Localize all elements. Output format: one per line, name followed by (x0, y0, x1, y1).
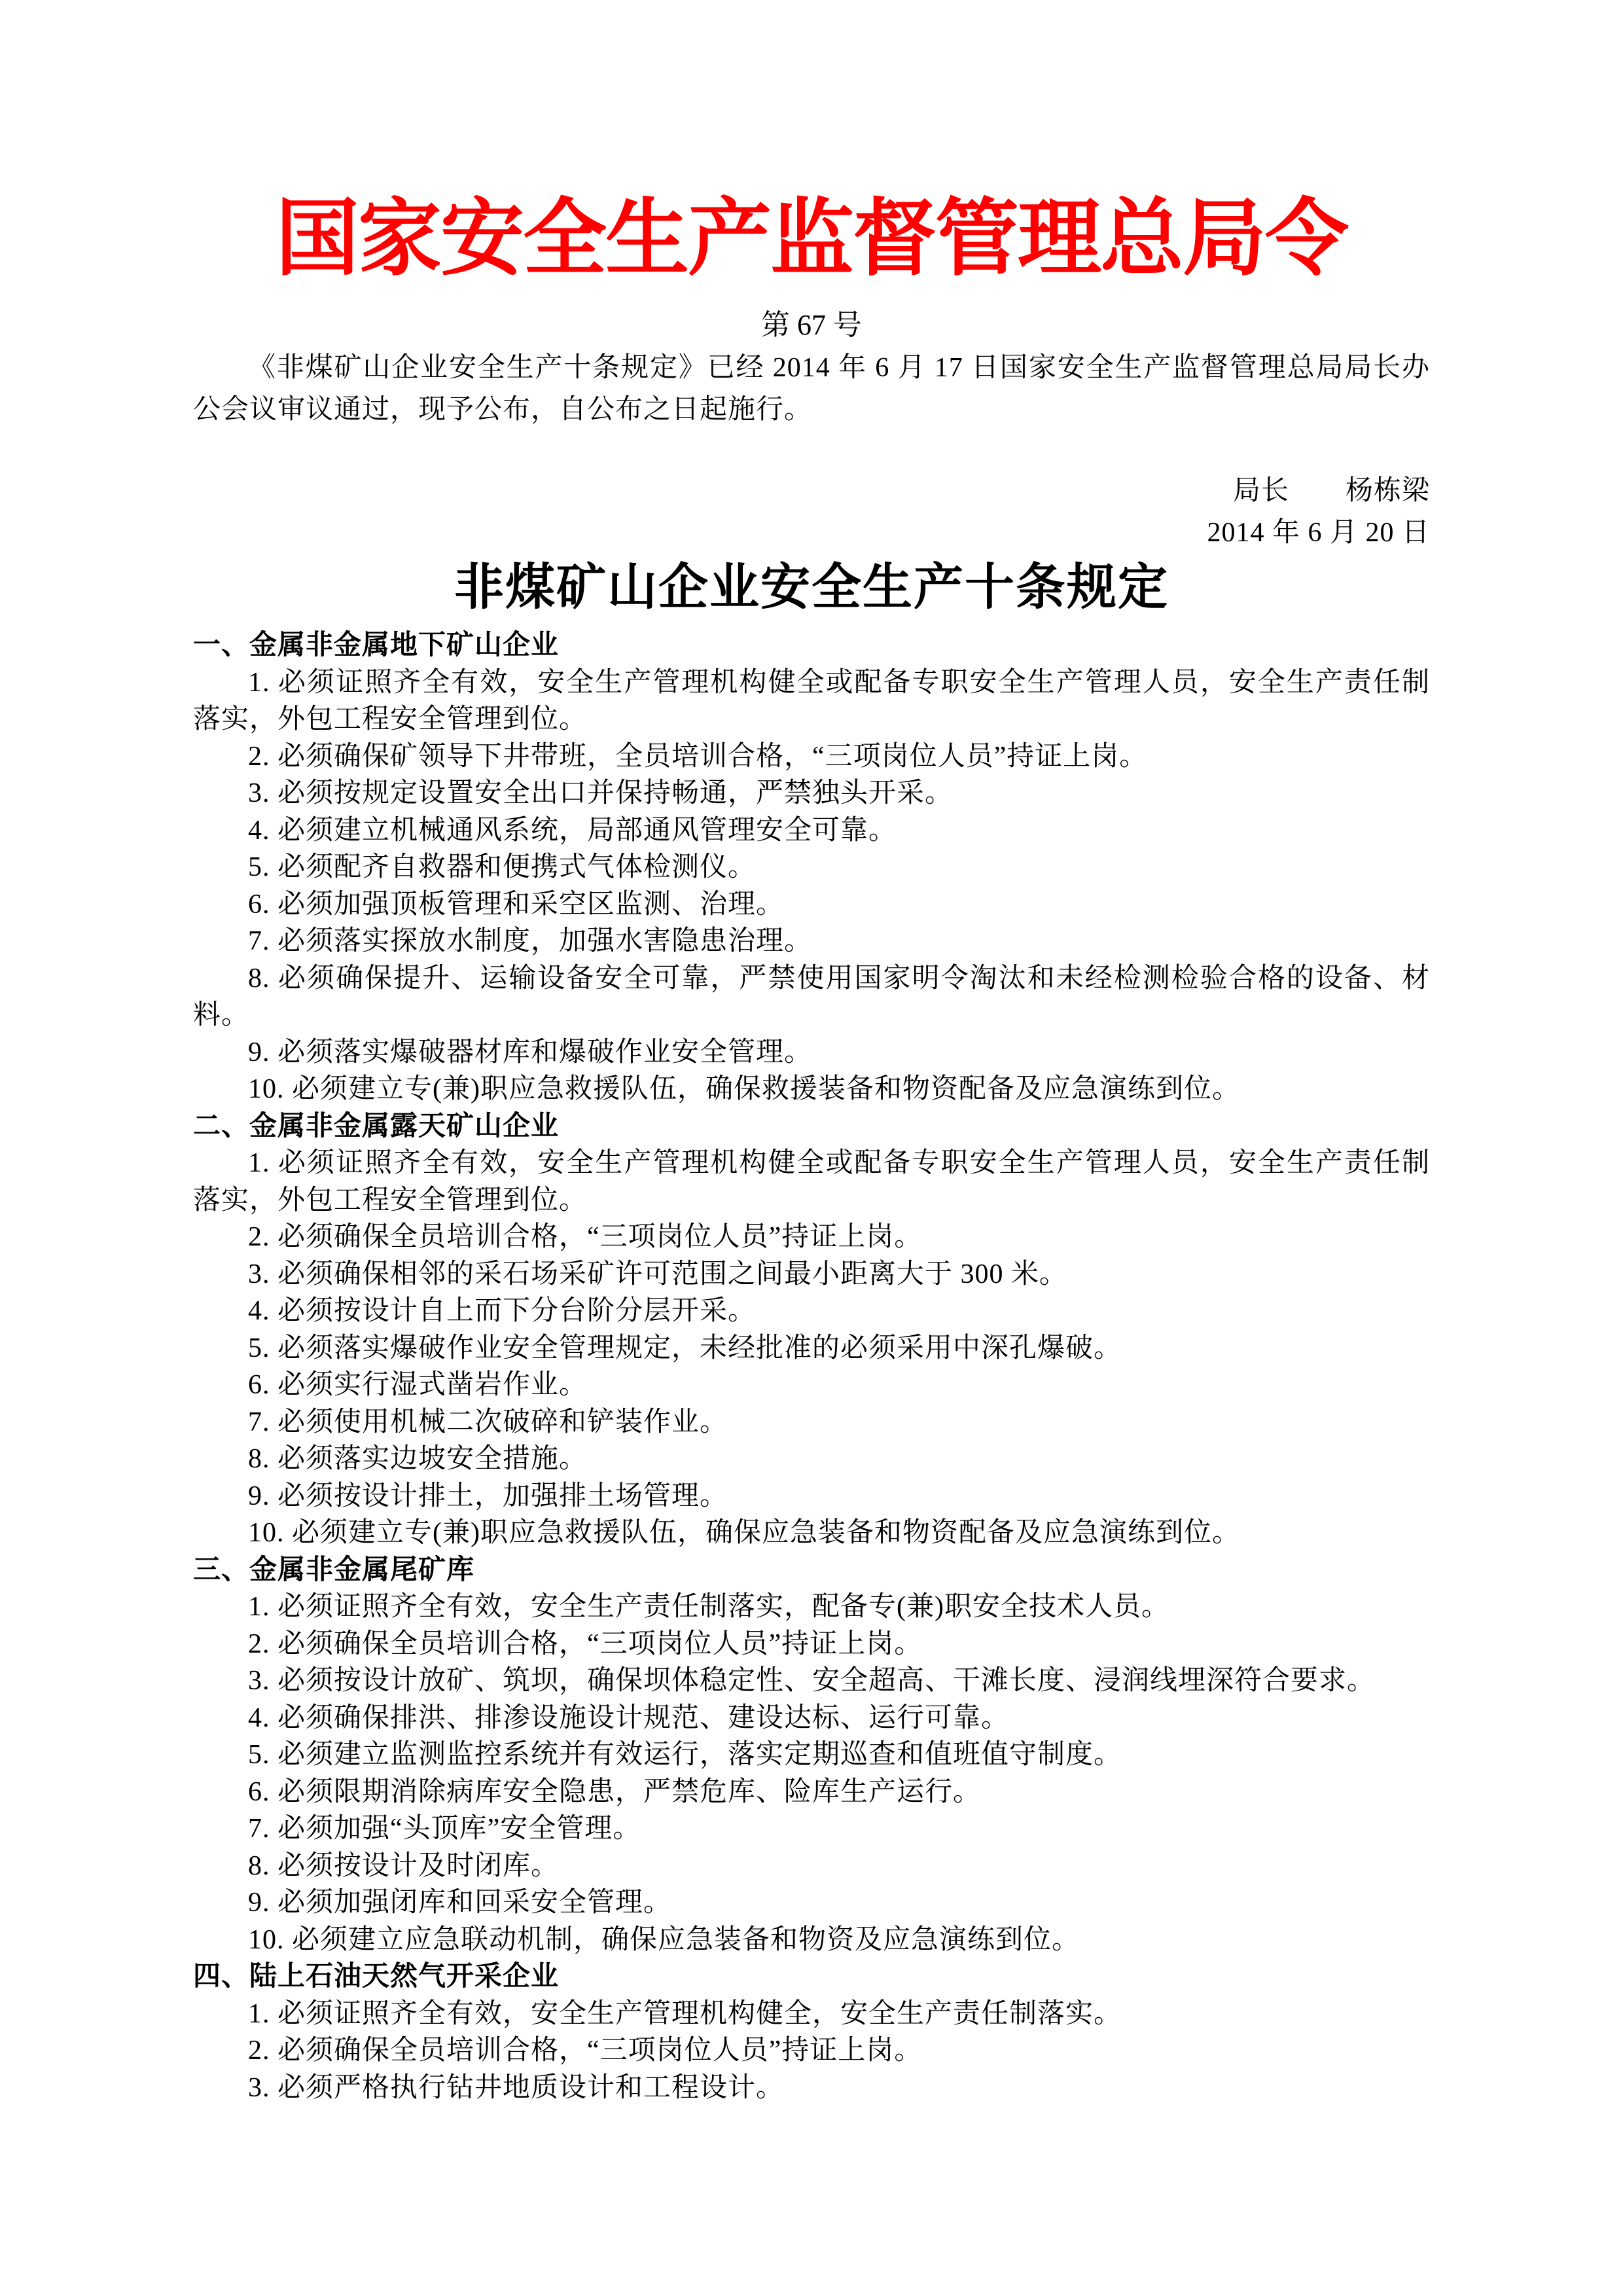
regulation-item: 2. 必须确保全员培训合格，“三项岗位人员”持证上岗。 (193, 2032, 1430, 2070)
section-heading: 二、金属非金属露天矿山企业 (193, 1108, 1430, 1145)
signature-block: 局长 杨栋梁 2014 年 6 月 20 日 (193, 470, 1430, 554)
regulation-title: 非煤矿山企业安全生产十条规定 (0, 558, 1623, 618)
regulation-item: 4. 必须建立机械通风系统，局部通风管理安全可靠。 (193, 812, 1430, 850)
regulation-item: 2. 必须确保全员培训合格，“三项岗位人员”持证上岗。 (193, 1626, 1430, 1663)
regulation-item: 10. 必须建立应急联动机制，确保应急装备和物资及应急演练到位。 (193, 1922, 1430, 1959)
section-heading: 三、金属非金属尾矿库 (193, 1552, 1430, 1589)
section-items: 1. 必须证照齐全有效，安全生产管理机构健全，安全生产责任制落实。2. 必须确保… (193, 1996, 1430, 2107)
regulation-item: 4. 必须确保排洪、排渗设施设计规范、建设达标、运行可靠。 (193, 1700, 1430, 1737)
regulation-section: 一、金属非金属地下矿山企业 1. 必须证照齐全有效，安全生产管理机构健全或配备专… (193, 627, 1430, 1108)
regulation-item: 7. 必须落实探放水制度，加强水害隐患治理。 (193, 923, 1430, 960)
regulation-item: 8. 必须落实边坡安全措施。 (193, 1441, 1430, 1478)
signature-date: 2014 年 6 月 20 日 (193, 512, 1430, 554)
regulation-item: 6. 必须限期消除病库安全隐患，严禁危库、险库生产运行。 (193, 1774, 1430, 1811)
regulation-item: 1. 必须证照齐全有效，安全生产责任制落实，配备专(兼)职安全技术人员。 (193, 1588, 1430, 1626)
section-items: 1. 必须证照齐全有效，安全生产管理机构健全或配备专职安全生产管理人员，安全生产… (193, 664, 1430, 1108)
regulation-item: 9. 必须加强闭库和回采安全管理。 (193, 1884, 1430, 1922)
regulation-item: 2. 必须确保矿领导下井带班，全员培训合格，“三项岗位人员”持证上岗。 (193, 738, 1430, 776)
decree-title: 国家安全生产监督管理总局令 (0, 183, 1623, 295)
decree-intro-paragraph: 《非煤矿山企业安全生产十条规定》已经 2014 年 6 月 17 日国家安全生产… (193, 347, 1430, 431)
regulation-item: 9. 必须落实爆破器材库和爆破作业安全管理。 (193, 1034, 1430, 1071)
regulation-item: 6. 必须实行湿式凿岩作业。 (193, 1367, 1430, 1404)
regulation-item: 3. 必须按设计放矿、筑坝，确保坝体稳定性、安全超高、干滩长度、浸润线埋深符合要… (193, 1662, 1430, 1700)
document-page: 国家安全生产监督管理总局令 第 67 号 《非煤矿山企业安全生产十条规定》已经 … (0, 0, 1623, 2296)
section-items: 1. 必须证照齐全有效，安全生产责任制落实，配备专(兼)职安全技术人员。2. 必… (193, 1588, 1430, 1958)
regulation-item: 3. 必须按规定设置安全出口并保持畅通，严禁独头开采。 (193, 775, 1430, 812)
regulation-item: 7. 必须加强“头顶库”安全管理。 (193, 1810, 1430, 1848)
signature-line: 局长 杨栋梁 (193, 470, 1430, 512)
regulation-item: 1. 必须证照齐全有效，安全生产管理机构健全，安全生产责任制落实。 (193, 1996, 1430, 2033)
regulation-item: 10. 必须建立专(兼)职应急救援队伍，确保应急装备和物资配备及应急演练到位。 (193, 1515, 1430, 1552)
regulation-item: 1. 必须证照齐全有效，安全生产管理机构健全或配备专职安全生产管理人员，安全生产… (193, 1145, 1430, 1219)
regulation-item: 3. 必须确保相邻的采石场采矿许可范围之间最小距离大于 300 米。 (193, 1256, 1430, 1293)
regulation-item: 5. 必须落实爆破作业安全管理规定，未经批准的必须采用中深孔爆破。 (193, 1330, 1430, 1367)
regulation-item: 5. 必须建立监测监控系统并有效运行，落实定期巡查和值班值守制度。 (193, 1736, 1430, 1774)
regulation-item: 9. 必须按设计排土，加强排土场管理。 (193, 1478, 1430, 1515)
regulation-section: 二、金属非金属露天矿山企业 1. 必须证照齐全有效，安全生产管理机构健全或配备专… (193, 1108, 1430, 1552)
regulation-section: 四、陆上石油天然气开采企业 1. 必须证照齐全有效，安全生产管理机构健全，安全生… (193, 1958, 1430, 2106)
section-heading: 四、陆上石油天然气开采企业 (193, 1958, 1430, 1996)
regulation-item: 8. 必须确保提升、运输设备安全可靠，严禁使用国家明令淘汰和未经检测检验合格的设… (193, 960, 1430, 1034)
section-heading: 一、金属非金属地下矿山企业 (193, 627, 1430, 664)
regulation-item: 10. 必须建立专(兼)职应急救援队伍，确保救援装备和物资配备及应急演练到位。 (193, 1071, 1430, 1108)
regulation-sections: 一、金属非金属地下矿山企业 1. 必须证照齐全有效，安全生产管理机构健全或配备专… (193, 627, 1430, 2106)
regulation-item: 1. 必须证照齐全有效，安全生产管理机构健全或配备专职安全生产管理人员，安全生产… (193, 664, 1430, 738)
decree-number: 第 67 号 (0, 305, 1623, 346)
regulation-item: 3. 必须严格执行钻井地质设计和工程设计。 (193, 2070, 1430, 2107)
regulation-item: 7. 必须使用机械二次破碎和铲装作业。 (193, 1404, 1430, 1441)
section-items: 1. 必须证照齐全有效，安全生产管理机构健全或配备专职安全生产管理人员，安全生产… (193, 1145, 1430, 1552)
regulation-item: 8. 必须按设计及时闭库。 (193, 1848, 1430, 1885)
regulation-item: 5. 必须配齐自救器和便携式气体检测仪。 (193, 849, 1430, 886)
regulation-section: 三、金属非金属尾矿库 1. 必须证照齐全有效，安全生产责任制落实，配备专(兼)职… (193, 1552, 1430, 1959)
regulation-item: 2. 必须确保全员培训合格，“三项岗位人员”持证上岗。 (193, 1219, 1430, 1256)
regulation-item: 6. 必须加强顶板管理和采空区监测、治理。 (193, 886, 1430, 924)
regulation-item: 4. 必须按设计自上而下分台阶分层开采。 (193, 1293, 1430, 1330)
